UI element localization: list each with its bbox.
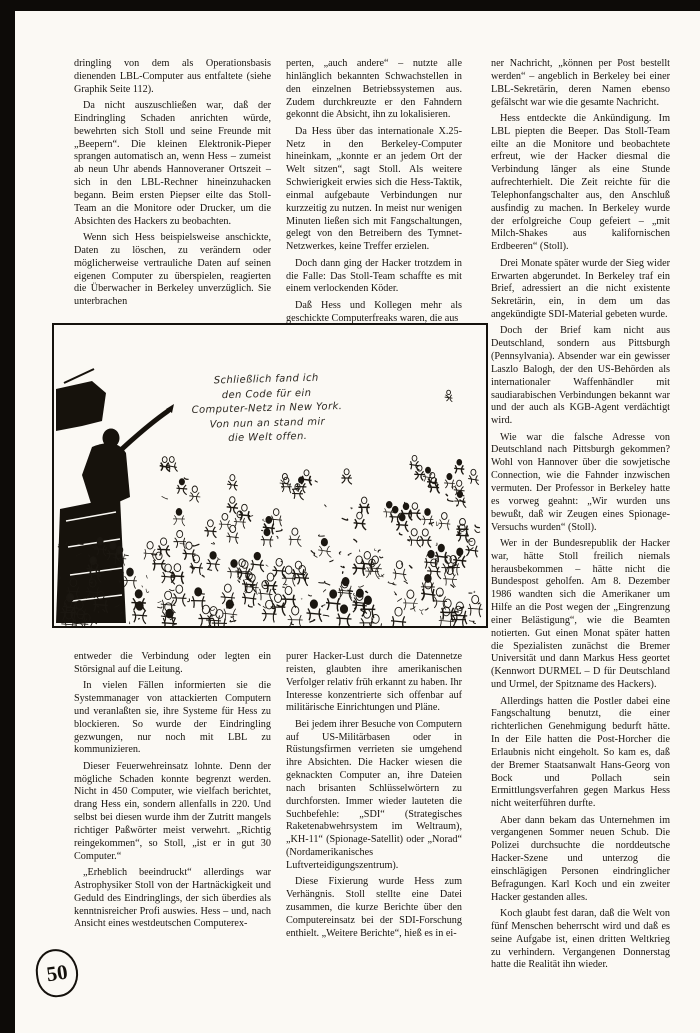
column-2-bottom: purer Hacker-Lust durch die Datennetze r…: [286, 651, 462, 941]
paragraph: Bei jedem ihrer Besuche von Computern au…: [286, 719, 462, 873]
paragraph: perten, „auch andere“ – nutzte alle hinl…: [286, 58, 462, 122]
paragraph: Dieser Feuerwehreinsatz lohnte. Denn der…: [74, 761, 271, 864]
column-3: ner Nachricht, „können per Post bestellt…: [491, 58, 670, 958]
paragraph: ner Nachricht, „können per Post bestellt…: [491, 58, 670, 109]
crowd-sketch-drawing: [54, 325, 486, 626]
paragraph: purer Hacker-Lust durch die Datennetze r…: [286, 651, 462, 715]
paragraph: Wie war die falsche Adresse von Deutschl…: [491, 432, 670, 535]
column-2-top: perten, „auch andere“ – nutzte alle hinl…: [286, 58, 462, 322]
left-border-bar: [0, 0, 15, 1033]
paragraph: Daß Hess und Kollegen mehr als geschickt…: [286, 300, 462, 326]
paragraph: dringling von dem als Operationsbasis di…: [74, 58, 271, 97]
paragraph: Allerdings hatten die Postler dabei eine…: [491, 696, 670, 812]
top-border-bar: [0, 0, 700, 11]
paragraph: Da nicht auszuschließen war, daß der Ein…: [74, 100, 271, 228]
hacker-cartoon-illustration: Schließlich fand ich den Code für ein Co…: [52, 323, 488, 628]
paragraph: Doch dann ging der Hacker trotzdem in di…: [286, 258, 462, 297]
paragraph: Drei Monate später wurde der Sieg wider …: [491, 258, 670, 322]
paragraph: Da Hess über das internationale X.25-Net…: [286, 126, 462, 254]
paragraph: Wenn sich Hess beispielsweise anschickte…: [74, 232, 271, 309]
column-1-top: dringling von dem als Operationsbasis di…: [74, 58, 271, 322]
paragraph: Koch glaubt fest daran, daß die Welt von…: [491, 908, 670, 972]
paragraph: entweder die Verbindung oder legten ein …: [74, 651, 271, 677]
page-number: 50: [45, 959, 69, 987]
paragraph: „Erheblich beeindruckt“ allerdings war A…: [74, 867, 271, 931]
paragraph: Hess entdeckte die Ankündigung. Im LBL p…: [491, 113, 670, 254]
paragraph: Wer in der Bundesrepublik der Hacker war…: [491, 538, 670, 692]
magazine-page: dringling von dem als Operationsbasis di…: [0, 0, 700, 1033]
paragraph: Doch der Brief kam nicht aus Deutschland…: [491, 325, 670, 428]
page-number-badge: 50: [33, 946, 81, 999]
column-1-bottom: entweder die Verbindung oder legten ein …: [74, 651, 271, 951]
paragraph: Aber dann bekam das Unternehmen im verga…: [491, 815, 670, 905]
paragraph: Diese Fixierung wurde Hess zum Verhängni…: [286, 876, 462, 940]
paragraph: In vielen Fällen informierten sie die Sy…: [74, 680, 271, 757]
handwritten-caption: Schließlich fand ich den Code für ein Co…: [141, 370, 393, 449]
